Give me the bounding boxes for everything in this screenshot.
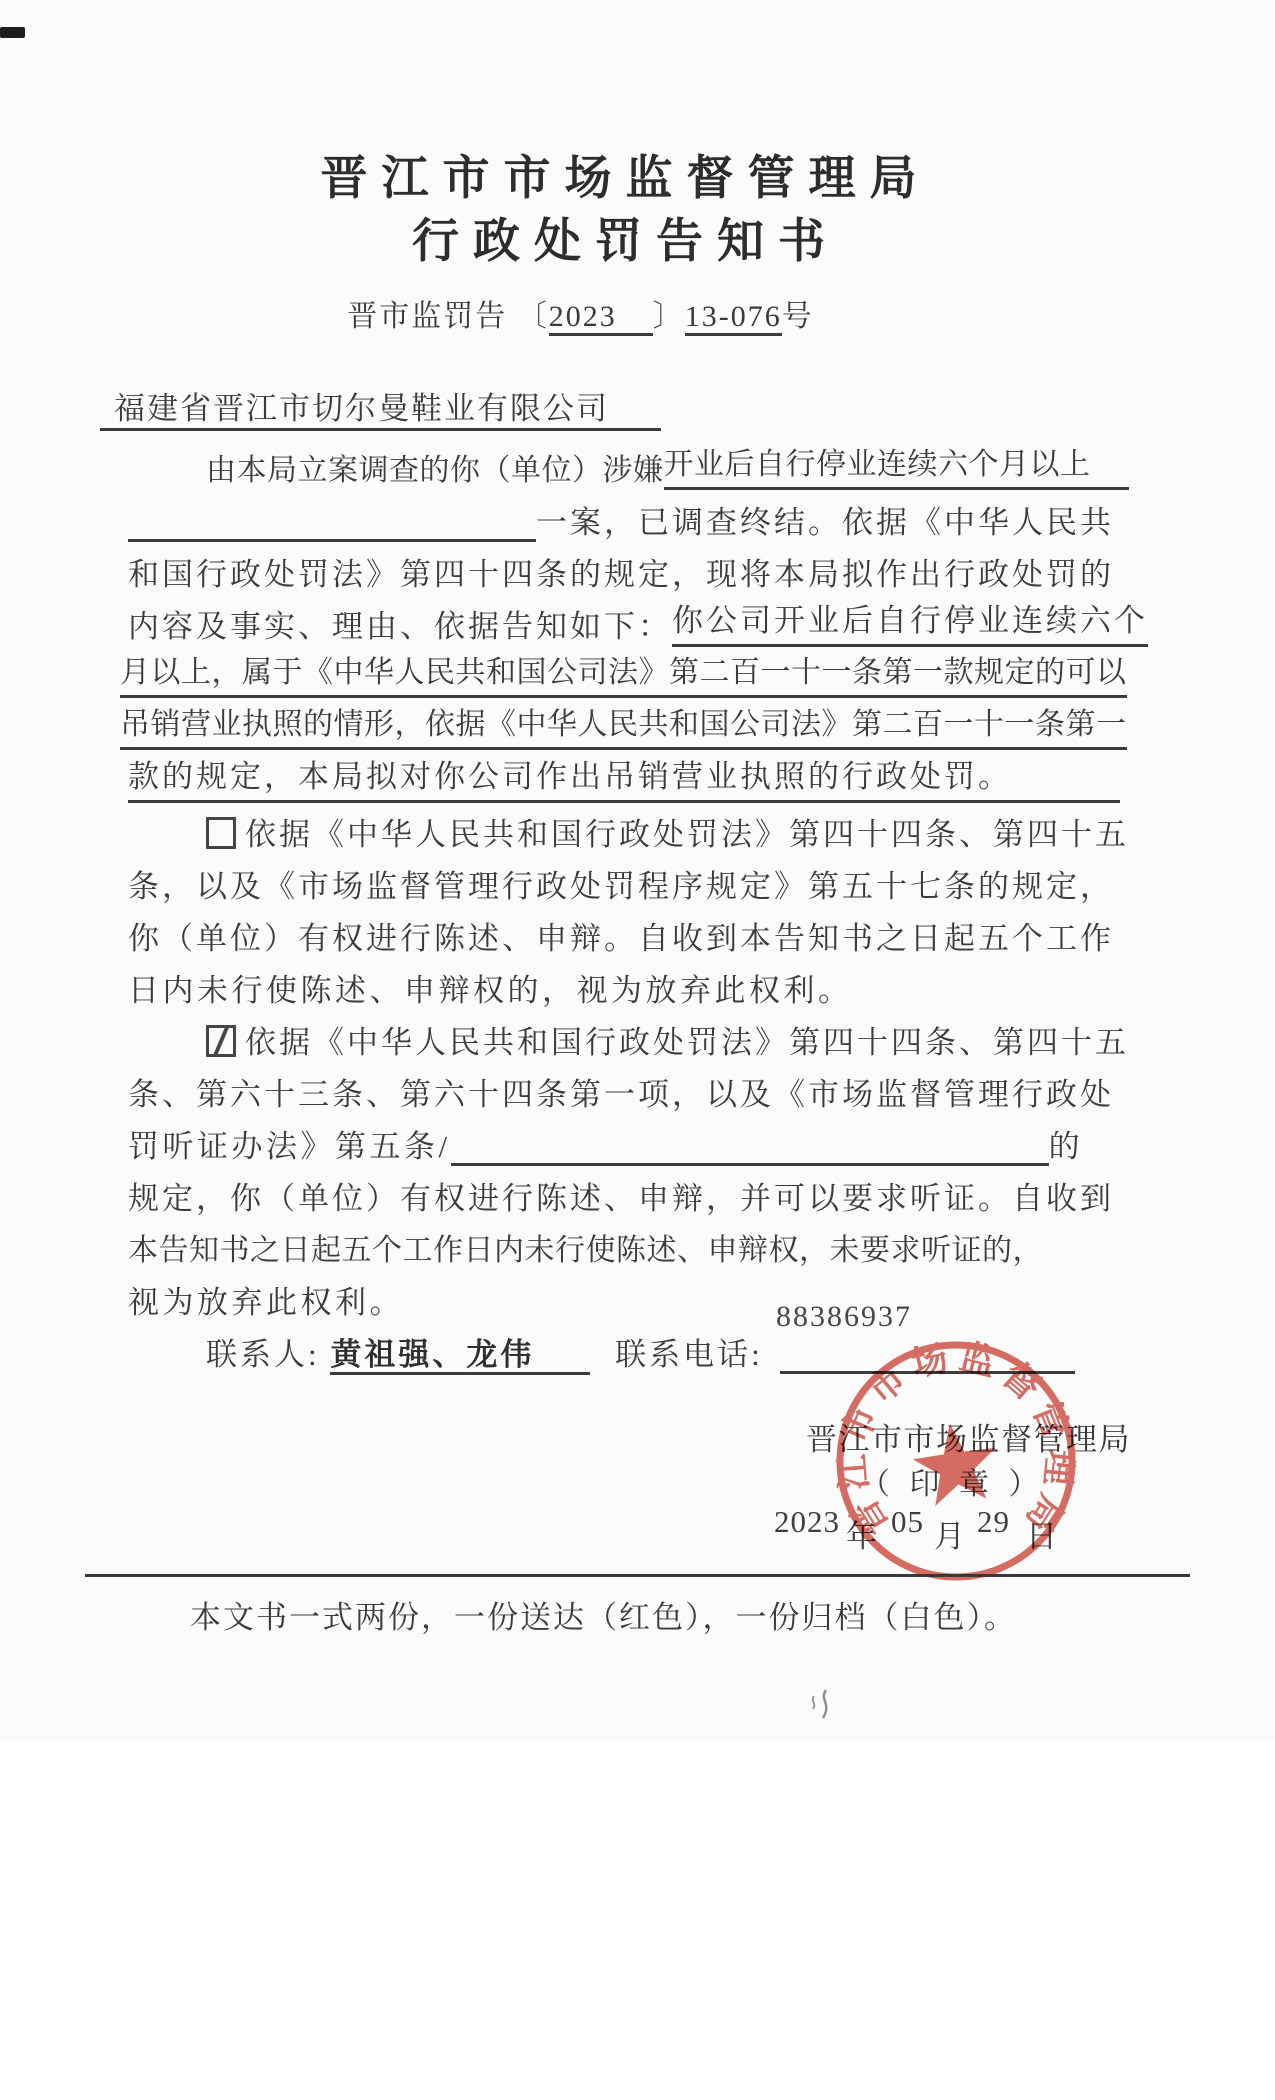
addressee-name-underlined: 福建省晋江市切尔曼鞋业有限公司 — [100, 391, 661, 431]
doc-number-close-bracket: 〕 — [653, 300, 685, 333]
contact-person-underlined: 黄祖强、龙伟 — [330, 1337, 590, 1375]
p1-l3-text: 和国行政处罚法》第四十四条的规定，现将本局拟作出行政处罚的 — [128, 557, 1114, 592]
p1-l4-printed: 内容及事实、理由、依据告知如下： — [128, 609, 672, 644]
p3-l1-text: 依据《中华人民共和国行政处罚法》第四十四条、第四十五 — [245, 1025, 1129, 1060]
doc-number-suffix: 号 — [782, 300, 814, 333]
addressee-name: 福建省晋江市切尔曼鞋业有限公司 — [114, 391, 609, 426]
document-title-line1: 晋江市市场监督管理局 — [0, 141, 1263, 208]
p1-l7-filled-blank: 款的规定，本局拟对你公司作出吊销营业执照的行政处罚。 — [128, 765, 1120, 803]
footer-note: 本文书一式两份，一份送达（红色），一份归档（白色）。 — [190, 1592, 1017, 1637]
p3-l4-text: 规定，你（单位）有权进行陈述、申辩，并可以要求听证。自收到 — [128, 1181, 1114, 1216]
body-line-10: 你（单位）有权进行陈述、申辩。自收到本告知书之日起五个工作 — [128, 913, 1128, 965]
p1-l2-text: 一案，已调查终结。依据《中华人民共 — [536, 505, 1114, 540]
doc-number-year: 2023 — [549, 300, 653, 336]
checkbox-unchecked — [206, 817, 236, 849]
body-line-9: 条，以及《市场监督管理行政处罚程序规定》第五十七条的规定， — [128, 861, 1128, 913]
p3-l3-blank-line — [451, 1133, 1049, 1166]
contact-person-label: 联系人: — [206, 1337, 320, 1372]
body-line-4: 内容及事实、理由、依据告知如下：你公司开业后自行停业连续六个 — [128, 601, 1128, 653]
body-line-2: 一案，已调查终结。依据《中华人民共 — [128, 497, 1128, 549]
p1-l5-filled-text: 月以上，属于《中华人民共和国公司法》第二百一十一条第一款规定的可以 — [120, 647, 1127, 699]
document-title-line2: 行政处罚告知书 — [0, 204, 1263, 271]
p1-l5-filled-blank: 月以上，属于《中华人民共和国公司法》第二百一十一条第一款规定的可以 — [120, 662, 1127, 698]
body-line-1: 由本局立案调查的你（单位）涉嫌开业后自行停业连续六个月以上 — [128, 445, 1206, 497]
p1-l1-filled-text: 开业后自行停业连续六个月以上 — [664, 439, 1091, 491]
body-line-17: 视为放弃此权利。 — [128, 1277, 1128, 1329]
p1-l6-filled-blank: 吊销营业执照的情形，依据《中华人民共和国公司法》第二百一十一条第一 — [120, 714, 1127, 750]
contact-phone-value: 88386937 — [776, 1300, 912, 1334]
document-number: 晋市监罚告 〔2023〕13-076号 — [0, 291, 1218, 335]
p1-l1-printed: 由本局立案调查的你（单位）涉嫌 — [206, 454, 664, 487]
scan-artifact-squiggle — [806, 1686, 840, 1726]
doc-number-prefix: 晋市监罚告 — [347, 300, 507, 333]
contact-person-value: 黄祖强、龙伟 — [330, 1337, 534, 1372]
p1-l4-filled-text: 你公司开业后自行停业连续六个 — [672, 595, 1148, 647]
body-line-16: 本告知书之日起五个工作日内未行使陈述、申辩权，未要求听证的， — [128, 1225, 1128, 1277]
p1-l7-filled-text: 款的规定，本局拟对你公司作出吊销营业执照的行政处罚。 — [128, 751, 1012, 803]
body-line-11: 日内未行使陈述、申辩权的，视为放弃此权利。 — [128, 965, 1128, 1017]
p2-l3-text: 你（单位）有权进行陈述、申辩。自收到本告知书之日起五个工作 — [128, 921, 1114, 956]
p3-l3-suffix: 的 — [1049, 1129, 1084, 1164]
p1-l6-filled-text: 吊销营业执照的情形，依据《中华人民共和国公司法》第二百一十一条第一 — [120, 699, 1127, 751]
body-line-6: 吊销营业执照的情形，依据《中华人民共和国公司法》第二百一十一条第一 — [120, 705, 1128, 757]
scan-artifact-dash — [0, 27, 25, 38]
p1-l1-filled-blank: 开业后自行停业连续六个月以上 — [664, 454, 1129, 490]
body-line-3: 和国行政处罚法》第四十四条的规定，现将本局拟作出行政处罚的 — [128, 549, 1128, 601]
official-red-seal: 晋江市市场监督管理局 — [830, 1335, 1082, 1587]
body-line-13: 条、第六十三条、第六十四条第一项，以及《市场监督管理行政处 — [128, 1069, 1128, 1121]
p3-l3-prefix: 罚听证办法》第五条/ — [128, 1129, 451, 1164]
body-line-5: 月以上，属于《中华人民共和国公司法》第二百一十一条第一款规定的可以 — [120, 653, 1128, 705]
checkbox-checked — [206, 1025, 236, 1057]
seal-star-icon — [908, 1418, 1002, 1508]
p3-l5-text: 本告知书之日起五个工作日内未行使陈述、申辩权，未要求听证的， — [128, 1234, 1043, 1267]
body-line-12: 依据《中华人民共和国行政处罚法》第四十四条、第四十五 — [128, 1017, 1206, 1069]
body-line-14: 罚听证办法》第五条/的 — [128, 1121, 1128, 1173]
contact-phone-label: 联系电话: — [615, 1337, 763, 1372]
p1-l2-blank-line — [128, 509, 536, 542]
p2-l4-text: 日内未行使陈述、申辩权的，视为放弃此权利。 — [128, 973, 853, 1008]
p3-l2-text: 条、第六十三条、第六十四条第一项，以及《市场监督管理行政处 — [128, 1077, 1114, 1112]
addressee-line: 福建省晋江市切尔曼鞋业有限公司 — [100, 383, 661, 428]
p3-l6-text: 视为放弃此权利。 — [128, 1285, 404, 1320]
doc-number-open-bracket: 〔 — [517, 300, 549, 333]
p1-l4-filled-blank: 你公司开业后自行停业连续六个 — [672, 609, 1148, 647]
p2-l1-text: 依据《中华人民共和国行政处罚法》第四十四条、第四十五 — [245, 817, 1129, 852]
body-line-15: 规定，你（单位）有权进行陈述、申辩，并可以要求听证。自收到 — [128, 1173, 1128, 1225]
footer-divider-rule — [85, 1574, 1190, 1577]
p2-l2-text: 条，以及《市场监督管理行政处罚程序规定》第五十七条的规定， — [128, 869, 1114, 904]
body-line-8: 依据《中华人民共和国行政处罚法》第四十四条、第四十五 — [128, 809, 1206, 861]
doc-number-serial: 13-076 — [685, 300, 782, 336]
body-line-7: 款的规定，本局拟对你公司作出吊销营业执照的行政处罚。 — [128, 757, 1128, 809]
